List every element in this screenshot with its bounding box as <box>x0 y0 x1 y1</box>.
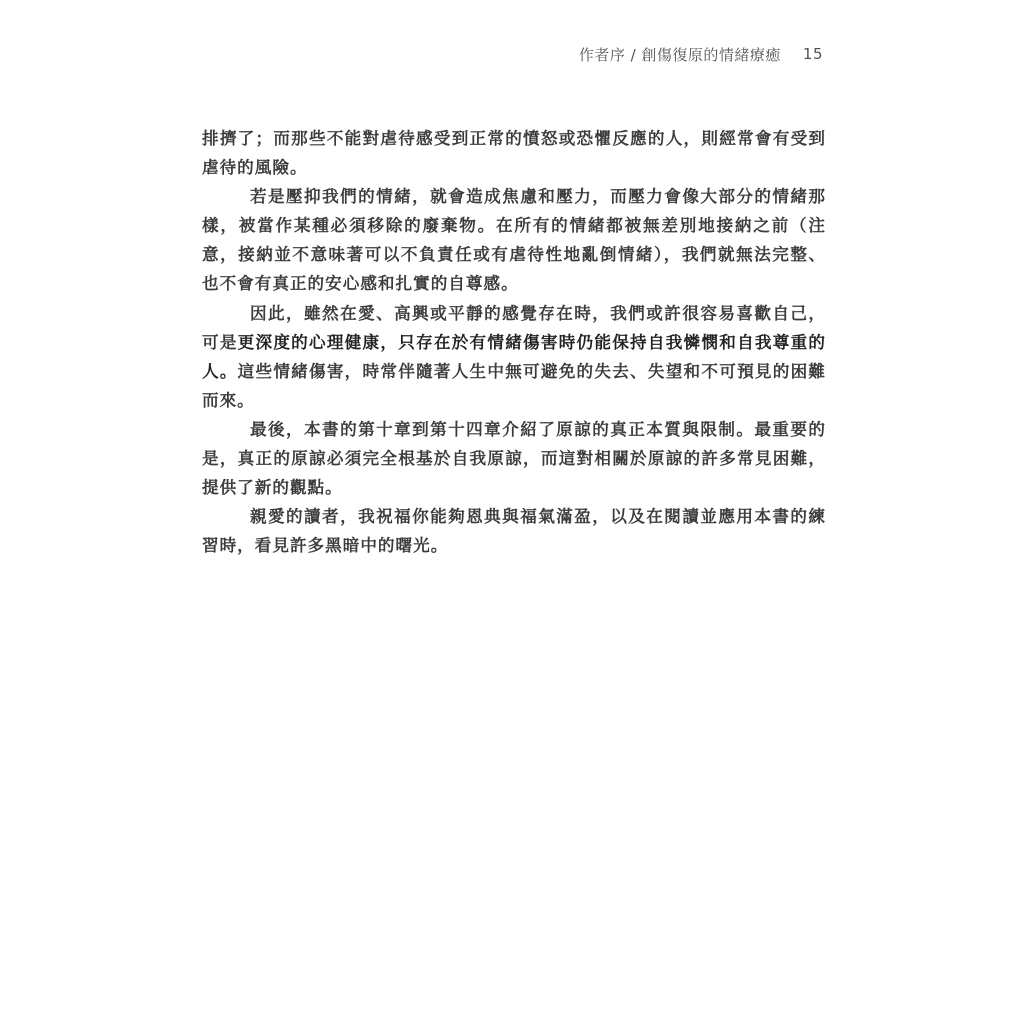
page-header: 作者序 / 創傷復原的情緒療癒 15 <box>500 42 823 66</box>
body-text: 排擠了；而那些不能對虐待感受到正常的憤怒或恐懼反應的人，則經常會有受到虐待的風險… <box>202 124 826 560</box>
paragraph-5: 親愛的讀者，我祝福你能夠恩典與福氣滿盈，以及在閱讀並應用本書的練習時，看見許多黑… <box>202 502 826 560</box>
page-number: 15 <box>803 45 823 63</box>
paragraph-3-text-after: 這些情緒傷害，時常伴隨著人生中無可避免的失去、失望和不可預見的困難而來。 <box>202 361 826 410</box>
running-title: 作者序 / 創傷復原的情緒療癒 <box>579 44 781 65</box>
paragraph-1: 排擠了；而那些不能對虐待感受到正常的憤怒或恐懼反應的人，則經常會有受到虐待的風險… <box>202 124 826 182</box>
paragraph-2: 若是壓抑我們的情緒，就會造成焦慮和壓力，而壓力會像大部分的情緒那樣，被當作某種必… <box>202 182 826 298</box>
paragraph-3: 因此，雖然在愛、高興或平靜的感覺存在時，我們或許很容易喜歡自己，可是更深度的心理… <box>202 299 826 415</box>
paragraph-4: 最後，本書的第十章到第十四章介紹了原諒的真正本質與限制。最重要的是，真正的原諒必… <box>202 415 826 502</box>
